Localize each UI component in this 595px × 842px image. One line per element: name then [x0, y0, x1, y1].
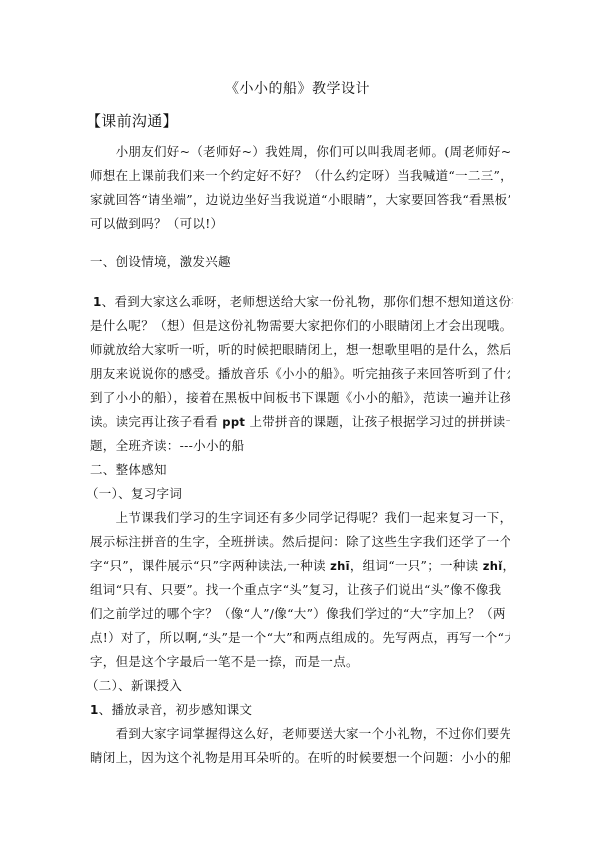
subsection-heading: （二）、新课授入 [86, 676, 506, 694]
paragraph-line: 睛闭上，因为这个礼物是用耳朵听的。在听的时候要想一个问题：小小的船真的 [90, 748, 510, 766]
paragraph-line: 家就回答“请坐端”，边说边坐好当我说道“小眼睛”，大家要回答我“看黑板”， [90, 190, 510, 208]
line-text: 、看到大家这么乖呀，老师想送给大家一份礼物，那你们想不想知道这份礼物 [102, 294, 513, 309]
line-text: 字“只”，课件展示“只”字两种读法,一种读 [90, 558, 326, 573]
paragraph-line: 字，但是这个字最后一笔不是一捺，而是一点。 [90, 652, 510, 670]
numbered-heading: 1、播放录音，初步感知课文 [90, 700, 510, 718]
section-heading-pre-class: 【课前沟通】 [86, 110, 506, 131]
document-title: 《小小的船》教学设计 [0, 78, 595, 98]
paragraph-line: 展示标注拼音的生字，全班拼读。然后提问：除了这些生字我们还学了一个多音 [90, 532, 510, 550]
paragraph-line: 是什么呢？（想）但是这份礼物需要大家把你们的小眼睛闭上才会出现哦。那老 [90, 316, 510, 334]
paragraph-line: 们之前学过的哪个字？（像“人”/像“大”）像我们学过的“大”字加上？（两 [90, 604, 510, 622]
line-text: 读。读完再让孩子看看 [90, 414, 218, 429]
paragraph-line: 组词“只有、只要”。找一个重点字“头”复习，让孩子们说出“头”像不像我 [90, 580, 510, 598]
paragraph-line: 字“只”，课件展示“只”字两种读法,一种读 zhī，组词“一只”；一种读 zhǐ… [90, 556, 510, 574]
section-heading-2: 二、整体感知 [90, 460, 510, 478]
pinyin: zhǐ [483, 559, 503, 573]
item-number: 1 [90, 703, 99, 717]
paragraph-line: 题，全班齐读：---小小的船 [90, 436, 510, 454]
line-text: 上带拼音的课题，让孩子根据学习过的拼拼读一遍课 [249, 414, 510, 429]
subsection-heading: （一）、复习字词 [86, 484, 506, 502]
paragraph-line: 看到大家字词掌握得这么好，老师要送大家一个小礼物，不过你们要先把眼 [90, 724, 510, 742]
paragraph-line: 师想在上课前我们来一个约定好不好？（什么约定呀）当我喊道“一二三”，大 [90, 166, 510, 184]
line-text: 上节课我们学习的生字词还有多少同学记得呢？我们一起来复习一下， [90, 510, 510, 525]
paragraph-line: 点!）对了，所以啊,“头”是一个“大”和两点组成的。先写两点，再写一个“大” [90, 628, 510, 646]
ppt-text: ppt [222, 415, 245, 429]
paragraph-line: 可以做到吗？（可以!） [90, 214, 510, 232]
paragraph-line: 到了小小的船），接着在黑板中间板书下课题《小小的船》，范读一遍并让孩子跟 [90, 388, 510, 406]
paragraph-line: 师就放给大家听一听，听的时候把眼睛闭上，想一想歌里唱的是什么，然后请小 [90, 340, 510, 358]
document-page: 《小小的船》教学设计 【课前沟通】 小朋友们好~（老师好~）我姓周，你们可以叫我… [0, 0, 595, 842]
pinyin: zhī [330, 559, 350, 573]
section-heading-1: 一、创设情境，激发兴趣 [90, 252, 510, 270]
line-text: ，组词“一只”；一种读 [350, 558, 479, 573]
paragraph-line: 上节课我们学习的生字词还有多少同学记得呢？我们一起来复习一下，ppt [90, 508, 510, 526]
paragraph-line: 小朋友们好~（老师好~）我姓周，你们可以叫我周老师。(周老师好~）老 [90, 142, 510, 160]
paragraph-line: 朋友来说说你的感受。播放音乐《小小的船》。听完抽孩子来回答听到了什么（听 [90, 364, 510, 382]
line-text: 、播放录音，初步感知课文 [99, 702, 253, 717]
paragraph-line: 读。读完再让孩子看看 ppt 上带拼音的课题，让孩子根据学习过的拼拼读一遍课 [90, 412, 510, 430]
punct: ， [502, 558, 510, 573]
paragraph-line: 1、看到大家这么乖呀，老师想送给大家一份礼物，那你们想不想知道这份礼物 [93, 292, 513, 310]
item-number: 1 [93, 295, 102, 309]
